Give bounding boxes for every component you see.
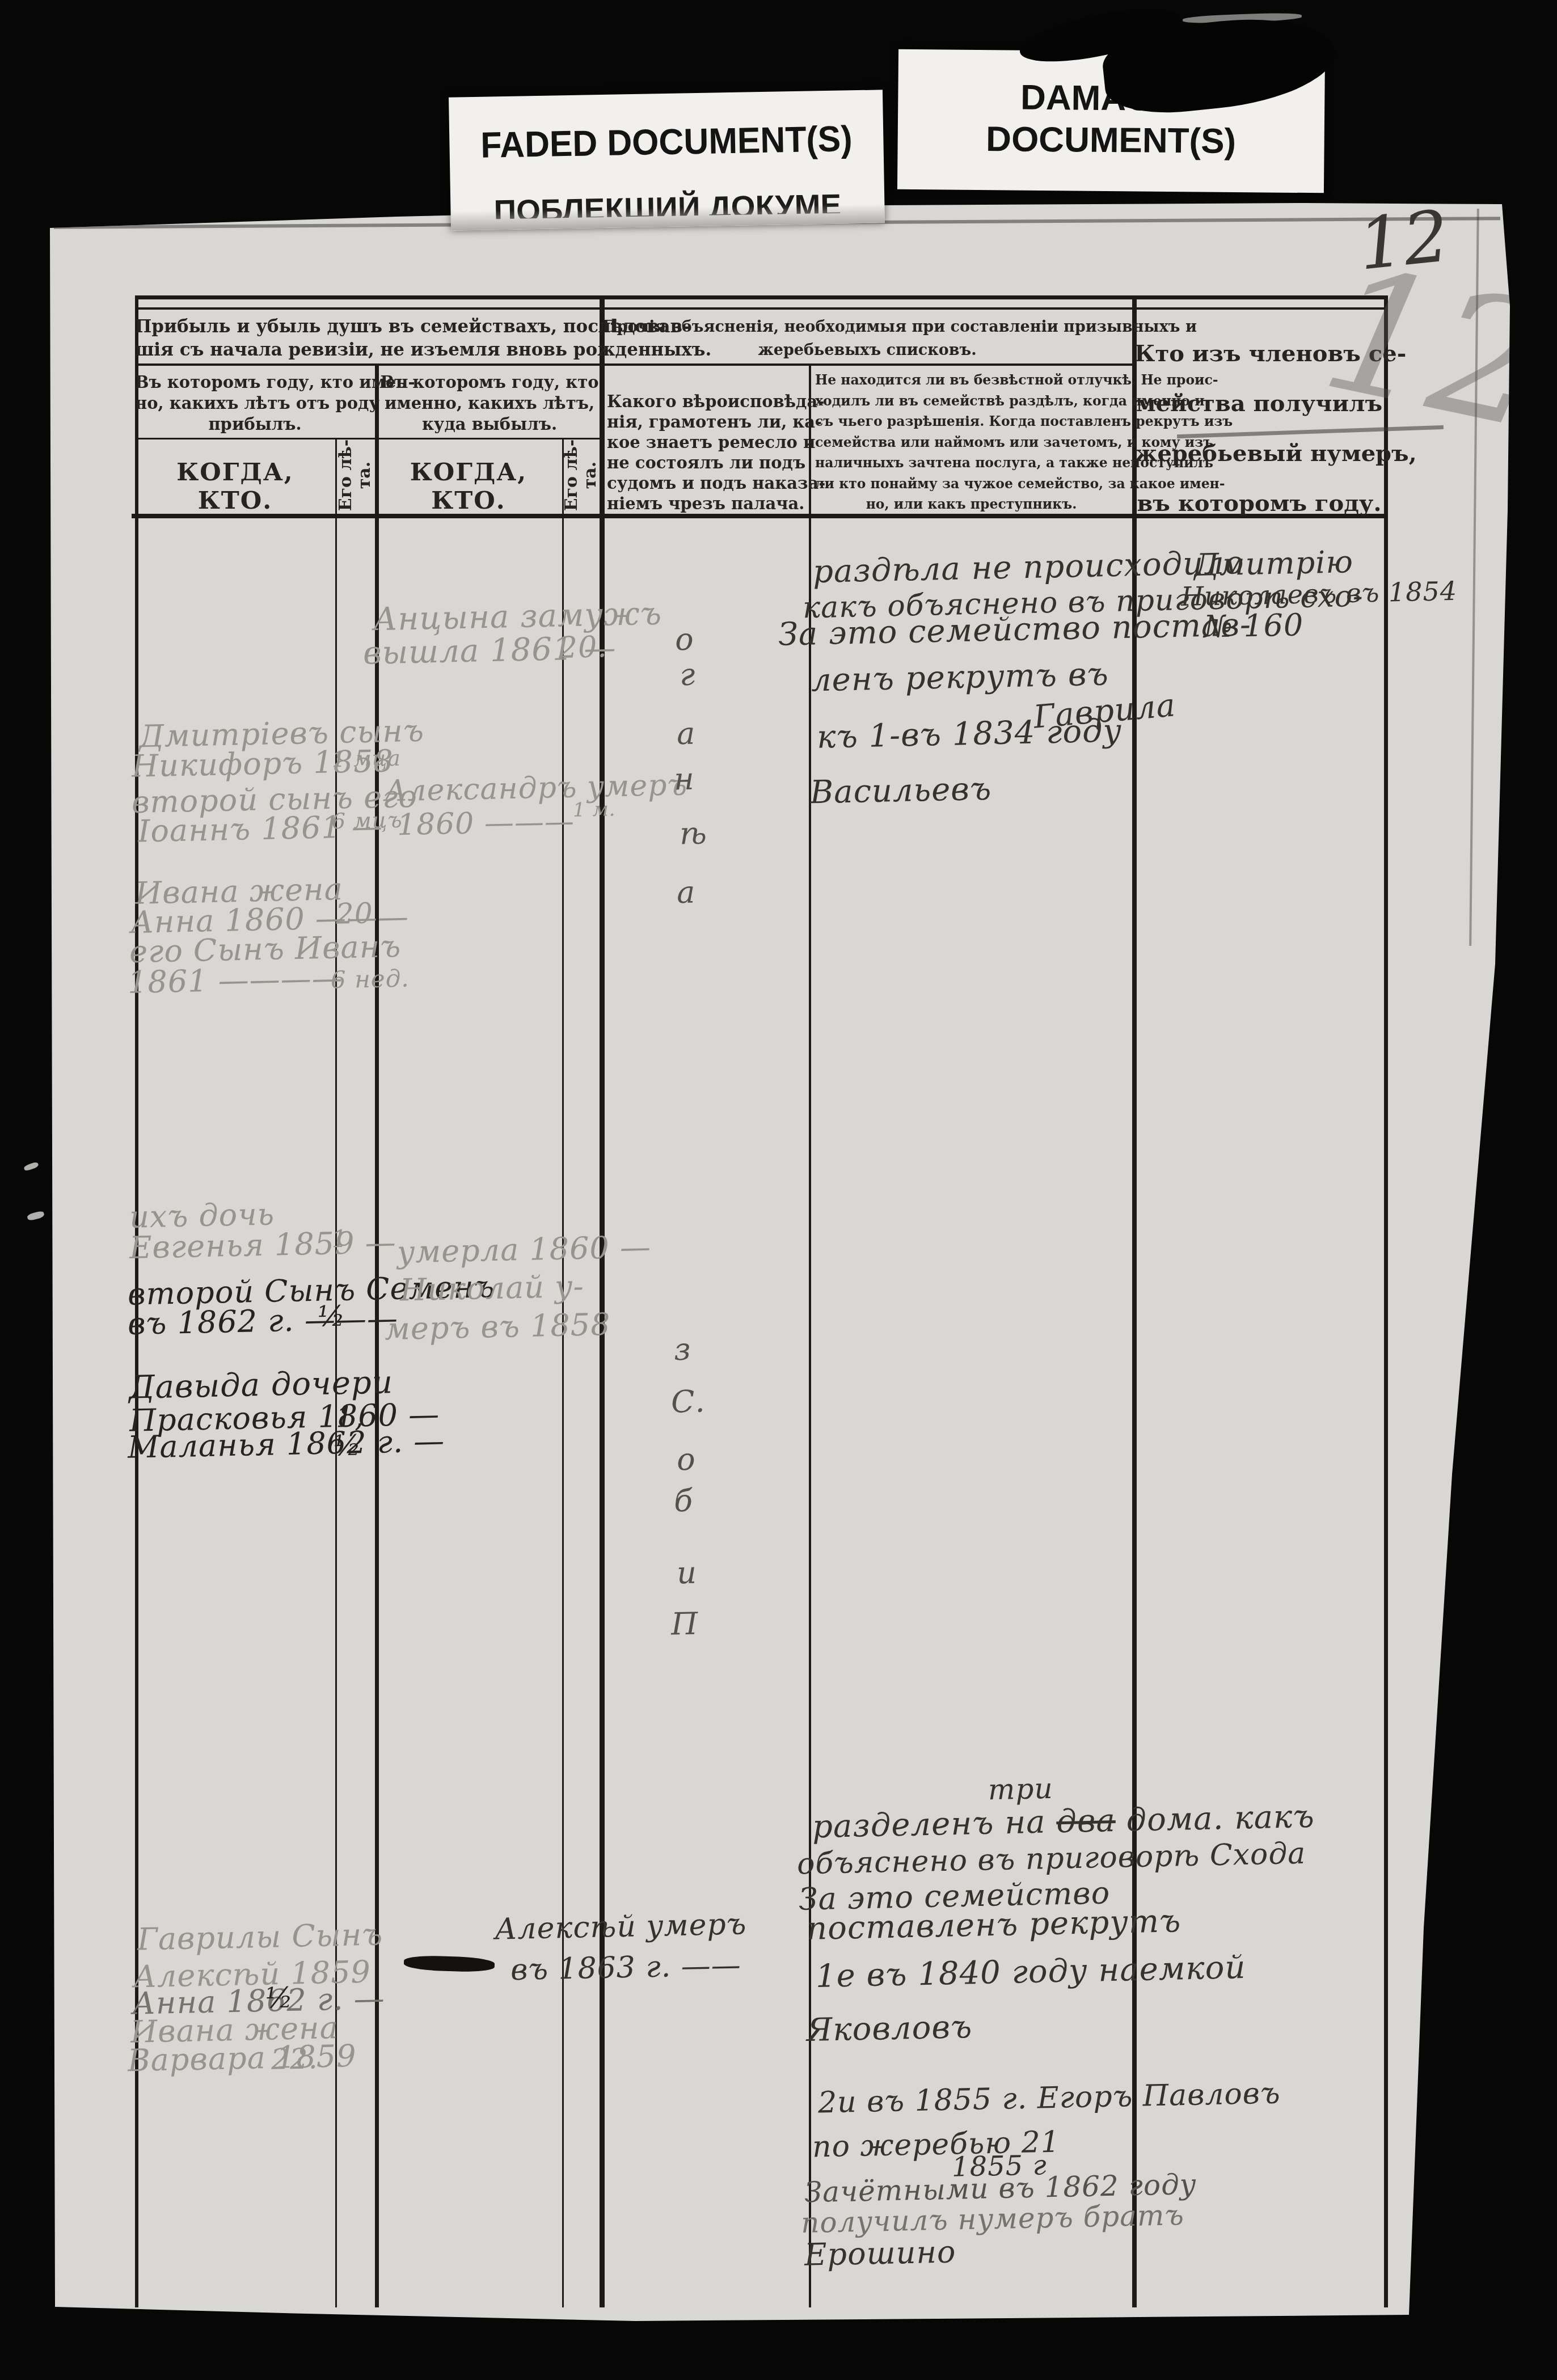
colB-sub-line2: именно, какихъ лѣтъ, [379,393,600,414]
scanner-speck-1 [23,1161,39,1172]
colC-line2: нія, грамотенъ ли, ка- [607,412,804,432]
colC-line6: ніемъ чрезъ палача. [607,493,804,514]
hw-colC-vertical-letter-4: н [673,761,695,797]
header-middle-main: Прочія объясненія, необходимыя при соста… [602,315,1132,362]
hw-colA-bottom-line5: Варвара 1859 [127,2038,357,2078]
hw-colC-vertical-letter-8: С. [670,1383,706,1419]
colC-line5: судомъ и подъ наказа- [607,473,804,493]
hw-colC-vertical-letter-12: П [670,1606,698,1642]
hw-colA-bottom-age3: ½ [265,1981,294,2014]
colC-line1: Какого вѣроисповѣда- [607,391,804,412]
hw-colA-bottom-age5: 22. [271,2042,318,2076]
header-middle-main-line2: жеребьевыхъ списковъ. [602,339,1132,362]
hw-colC-vertical-letter-5: ѣ [679,815,707,851]
colE-line3: жеребьевый нумеръ, [1134,429,1384,479]
ink-smudge [404,1955,495,1973]
divider-ageB [562,438,564,2307]
table-border-top-inner [135,307,1386,310]
ego-leta-B-line1: Его лѣ- [562,438,581,512]
hw-colC-vertical-letter-2: г [679,657,696,693]
hw-colB-mid-line1: умерла 1860 — [396,1229,651,1270]
colD-line4: семейства или наймомъ или зачетомъ, и ко… [815,432,1128,453]
colD-line7: но, или какъ преступникъ. [815,494,1128,515]
colD-bottom-line1-post: дома. какъ [1115,1798,1315,1839]
ego-leta-A-line1: Его лѣ- [336,438,355,512]
hw-colA-entry4-line2: 1861 ———— [127,960,343,1000]
hw-colA-entry1-age: 1 мца [332,746,402,772]
hw-colD-bottom-line7: 2и въ 1855 г. Егоръ Павловъ [817,2076,1281,2120]
hw-colA-entry3-age: 20 [335,897,373,930]
hw-colD-bottom-line12: Ерошино [804,2234,956,2273]
header-colC: Какого вѣроисповѣда- нія, грамотенъ ли, … [607,391,804,514]
hw-colE-line2: Николаевъ въ 1854 [1180,576,1457,612]
colD-line5: наличныхъ зачтена послуга, а также непос… [815,453,1128,474]
hw-colA-mid-age2: ½ [317,1299,346,1333]
hw-colA-mid-line7: Маланья 1862 г. — [127,1423,445,1465]
colC-line3: кое знаетъ ремесло и [607,432,804,453]
colD-bottom-line1-struck-word: два [1056,1802,1116,1840]
hw-colD-bottom-inserted-word: три [988,1772,1053,1806]
hw-colA-mid-age1: 1 [331,1225,348,1253]
colD-line6: ли кто понайму за чужое семейство, за ка… [815,474,1128,494]
colD-line3: съ чьего разрѣшенія. Когда поставленъ ре… [815,411,1128,432]
hw-colD-top-line6: Васильевъ [809,771,991,811]
ego-leta-A-line2: та. [355,438,374,512]
hw-colA-mid-line2: Евгенья 1859 — [129,1224,396,1266]
hw-colC-vertical-letter-3: а [676,716,696,752]
hw-colA-bottom-line1: Гаврилы Сынъ [137,1916,383,1957]
hw-colC-vertical-letter-10: б [673,1483,693,1519]
header-kogda-kto-B: КОГДА, КТО. [375,458,562,515]
hw-colB-mid-line3: меръ въ 1858 [384,1307,611,1347]
hw-colB-bottom-line1: Алексѣй умеръ [494,1907,747,1946]
hw-colC-vertical-letter-6: а [676,874,696,911]
hw-colB-bottom-line2: въ 1863 г. —— [510,1948,741,1988]
ego-leta-B-line2: та. [581,438,600,512]
faded-tag-label: FADED DOCUMENT(S) [460,117,873,167]
hw-colB-entry2-line2: 1860 ——— [396,805,575,843]
faded-document-tag: FADED DOCUMENT(S) ПОБЛЕКШИЙ ДОКУМЕ [449,90,885,230]
hw-colD-bottom-line6: Яковловъ [806,2009,973,2049]
table-border-top-outer [135,295,1386,299]
header-ego-leta-A: Его лѣ- та. [336,438,374,512]
colA-sub-line1: Въ которомъ году, кто имен- [135,372,375,393]
hw-colC-vertical-letter-1: о [674,622,694,658]
colA-sub-line2: но, какихъ лѣтъ отъ роду [135,393,375,414]
header-middle-main-line1: Прочія объясненія, необходимыя при соста… [602,315,1132,339]
header-left-main-line2: шія съ начала ревизіи, не изъемля вновь … [135,339,600,362]
hw-colA-mid-line4: въ 1862 г. ——— [127,1300,398,1342]
colB-sub-line3: куда выбылъ. [379,414,600,435]
header-colB-sub: Въ которомъ году, кто именно, какихъ лѣт… [379,372,600,435]
scanned-archival-page: Прибыль и убыль душъ въ семействахъ, пос… [0,0,1557,2380]
colD-line1: Не находится ли въ безвѣстной отлучкѣ. Н… [815,370,1128,391]
hw-colA-mid-age4: ½ [333,1428,362,1462]
hw-colE-line1: Дмитрію [1193,544,1353,583]
header-colA-sub: Въ которомъ году, кто имен- но, какихъ л… [135,372,375,435]
hw-colD-bottom-line4: поставленъ рекрутъ [806,1903,1181,1947]
hw-colC-vertical-letter-11: и [676,1555,697,1591]
hw-colC-vertical-letter-7: з [673,1331,691,1368]
colE-line4: въ которомъ году. [1134,479,1384,529]
hw-colB-entry1-age: 20. [558,630,607,665]
header-colD: Не находится ли въ безвѣстной отлучкѣ. Н… [815,370,1128,515]
header-left-main: Прибыль и убыль душъ въ семействахъ, пос… [135,315,600,362]
hw-colB-entry2-line1: Александръ умеръ [384,768,687,808]
colC-line4: не состоялъ ли подъ [607,453,804,473]
document-sheet: Прибыль и убыль душъ въ семействахъ, пос… [0,0,1557,2380]
header-ego-leta-B: Его лѣ- та. [562,438,600,512]
colB-sub-line1: Въ которомъ году, кто [379,372,600,393]
scanner-speck-2 [27,1210,45,1221]
hw-colB-entry2-age: 1 м. [573,798,616,822]
hw-colA-entry2-age: 6 мцъ [332,808,403,834]
hw-colA-entry4-age: 6 нед. [331,965,410,994]
header-left-main-line1: Прибыль и убыль душъ въ семействахъ, пос… [135,315,600,339]
colD-bottom-line1-pre: разделенъ на [812,1803,1057,1845]
header-kogda-kto-A: КОГДА, КТО. [135,458,335,515]
damaged-tag-label-line2: DOCUMENT(S) [897,119,1324,163]
colD-line2: ходилъ ли въ семействѣ раздѣлъ, когда им… [815,391,1128,412]
rule-under-main-headers [135,363,1133,366]
hw-colD-top-line4: ленъ рекрутъ въ [811,656,1109,699]
colA-sub-line3: прибылъ. [135,414,375,435]
hw-colE-line3: № 160 [1203,607,1304,645]
hw-colD-bottom-line5: 1е въ 1840 году наемкой [815,1949,1246,1995]
hw-colD-top-line5b: Гаврила [1032,687,1178,736]
hw-colB-mid-line2: Николай у- [399,1269,584,1308]
hw-colC-vertical-letter-9: о [676,1441,696,1478]
